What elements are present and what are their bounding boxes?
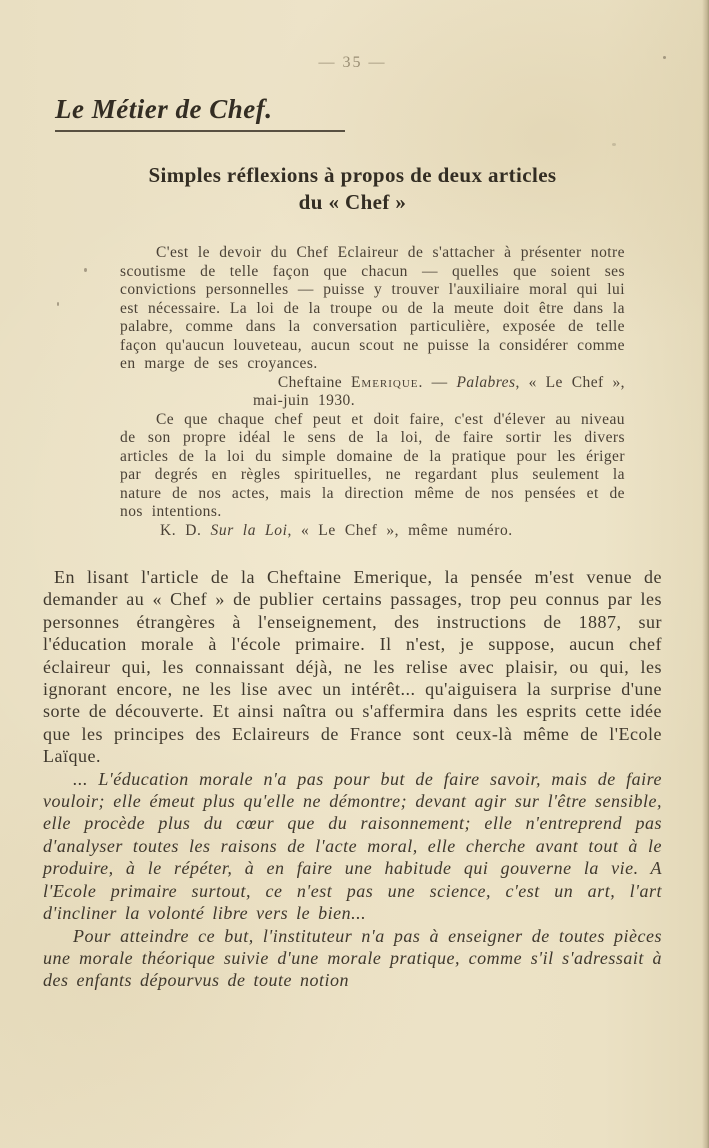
article-body: En lisant l'article de la Cheftaine Emer… — [43, 566, 662, 992]
quote-text-1: C'est le devoir du Chef Eclaireur de s'a… — [120, 244, 625, 374]
paper-speck — [57, 302, 59, 306]
article-title-line1: Simples réflexions à propos de deux arti… — [43, 162, 662, 189]
quote-attribution-1: Cheftaine Emerique. — Palabres, « Le Che… — [120, 374, 625, 393]
body-paragraph: En lisant l'article de la Cheftaine Emer… — [43, 566, 662, 768]
quote-attribution-date: mai-juin 1930. — [253, 392, 625, 411]
scanned-page: — 35 — Le Métier de Chef. Simples réflex… — [0, 0, 709, 1148]
epigraph-block: C'est le devoir du Chef Eclaireur de s'a… — [120, 244, 625, 540]
article-title: Simples réflexions à propos de deux arti… — [43, 162, 662, 216]
attribution-prefix: Cheftaine — [278, 374, 351, 391]
article-title-line2: du « Chef » — [43, 189, 662, 216]
attribution-work: Palabres — [456, 374, 515, 391]
scan-edge-shadow — [702, 0, 709, 1148]
attribution-prefix: K. D. — [160, 522, 211, 539]
attribution-work: Sur la Loi — [211, 522, 288, 539]
chapter-title: Le Métier de Chef. — [55, 94, 345, 132]
quote-text-2: Ce que chaque chef peut et doit faire, c… — [120, 411, 625, 522]
body-paragraph-quotation: Pour atteindre ce but, l'instituteur n'a… — [43, 925, 662, 992]
paper-speck — [84, 268, 87, 272]
paper-speck — [612, 143, 616, 146]
attribution-suffix: , « Le Chef », — [515, 374, 625, 391]
page-number: — 35 — — [43, 54, 662, 72]
attribution-suffix: , « Le Chef », même numéro. — [288, 522, 513, 539]
paper-speck — [663, 56, 666, 59]
quote-attribution-2: K. D. Sur la Loi, « Le Chef », même numé… — [160, 522, 625, 541]
body-paragraph-quotation: ... L'éducation morale n'a pas pour but … — [43, 768, 662, 925]
attribution-author: Emerique — [351, 374, 419, 391]
attribution-mid: . — — [419, 374, 457, 391]
